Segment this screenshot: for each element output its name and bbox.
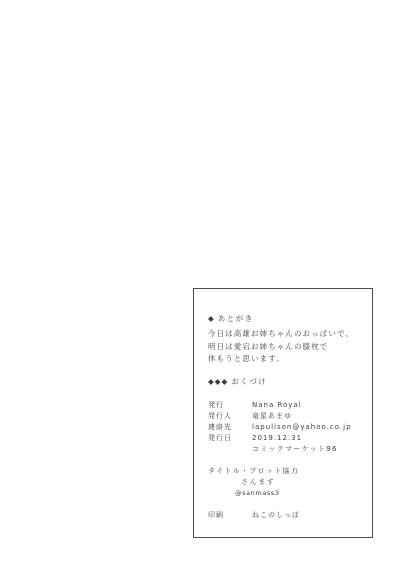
credits-block: タイトル・プロット協力 さんます @sanmass3 (208, 466, 364, 499)
printer-label: 印刷 (208, 510, 252, 521)
diamond-bullets-icon: ◆◆◆ (208, 377, 228, 386)
contact-row: 連絡先 lapulison@yahoo.co.jp (208, 422, 364, 433)
afterword-line: 明日は愛宕お姉ちゃんの膝枕で (208, 341, 364, 354)
publication-info: 発行 Nana Royal 発行人 竜星あまゆ 連絡先 lapulison@ya… (208, 400, 364, 455)
afterword-heading: ◆あとがき (208, 313, 364, 325)
scanned-colophon-page: ◆あとがき 今日は高雄お姉ちゃんのおっぱいで、 明日は愛宕お姉ちゃんの膝枕で 休… (0, 0, 400, 574)
credit-title: タイトル・プロット協力 (208, 466, 364, 477)
afterword-text: 今日は高雄お姉ちゃんのおっぱいで、 明日は愛宕お姉ちゃんの膝枕で 休もうと思いま… (208, 328, 364, 366)
contact-label: 連絡先 (208, 422, 252, 433)
event-name: コミックマーケット96 (208, 444, 364, 455)
credit-twitter-handle: @sanmass3 (208, 488, 364, 499)
publish-date-label: 発行日 (208, 433, 252, 444)
publish-date-value: 2019.12.31 (252, 433, 364, 444)
diamond-bullet-icon: ◆ (208, 314, 215, 323)
afterword-heading-label: あとがき (218, 314, 254, 323)
publisher-row: 発行 Nana Royal (208, 400, 364, 411)
okuzuke-heading: ◆◆◆おくづけ (208, 376, 364, 388)
contact-email: lapulison@yahoo.co.jp (252, 422, 364, 433)
author-label: 発行人 (208, 411, 252, 422)
credit-name: さんます (208, 477, 364, 488)
publisher-value: Nana Royal (252, 400, 364, 411)
printer-name: ねこのしっぽ (252, 510, 364, 521)
okuzuke-heading-label: おくづけ (231, 377, 267, 386)
publish-date-row: 発行日 2019.12.31 (208, 433, 364, 444)
author-row: 発行人 竜星あまゆ (208, 411, 364, 422)
colophon-box: ◆あとがき 今日は高雄お姉ちゃんのおっぱいで、 明日は愛宕お姉ちゃんの膝枕で 休… (193, 288, 373, 538)
publisher-label: 発行 (208, 400, 252, 411)
printer-row: 印刷 ねこのしっぽ (208, 510, 364, 521)
author-value: 竜星あまゆ (252, 411, 364, 422)
afterword-line: 休もうと思います。 (208, 353, 364, 366)
afterword-line: 今日は高雄お姉ちゃんのおっぱいで、 (208, 328, 364, 341)
